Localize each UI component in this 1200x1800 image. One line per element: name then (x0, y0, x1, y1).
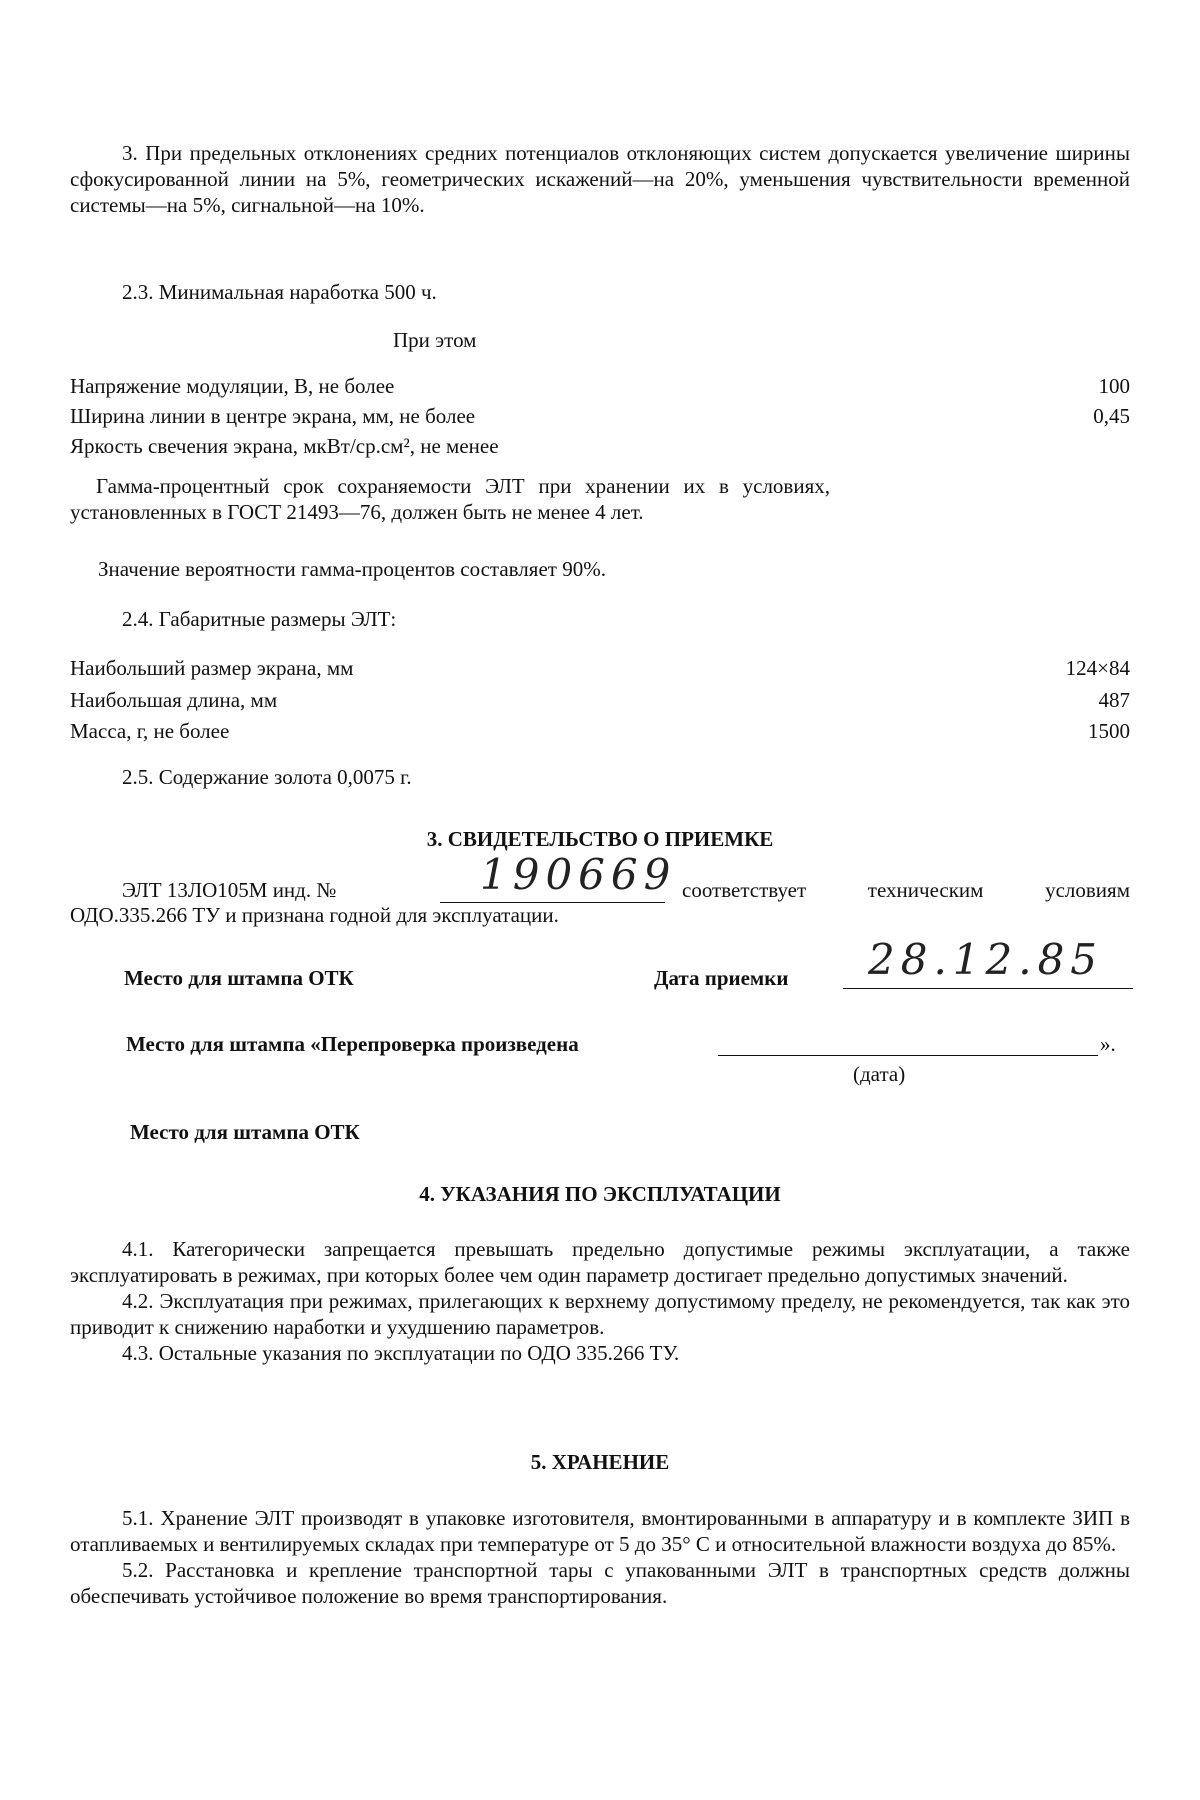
recheck-close-quote: ». (1100, 1032, 1116, 1057)
param-value: 100 (1099, 374, 1131, 399)
section-4-heading: 4. УКАЗАНИЯ ПО ЭКСПЛУАТАЦИИ (0, 1182, 1200, 1207)
dimension-row: Масса, г, не более 1500 (70, 719, 1130, 747)
section-2-5: 2.5. Содержание золота 0,0075 г. (122, 765, 412, 790)
gamma-paragraph: Гамма-процентный срок сохраняемости ЭЛТ … (70, 473, 830, 525)
section-4-body: 4.1. Категорически запрещается превышать… (70, 1236, 1130, 1366)
note-3: 3. При предельных отклонениях средних по… (70, 140, 1130, 218)
acceptance-date-handwritten: 28.12.85 (868, 935, 1103, 984)
section-2-3-title: 2.3. Минимальная наработка 500 ч. (122, 280, 437, 305)
param-label: Напряжение модуляции, В, не более (70, 374, 394, 399)
recheck-date-underline (718, 1055, 1098, 1056)
dimension-row: Наибольшая длина, мм 487 (70, 688, 1130, 716)
param-row: Напряжение модуляции, В, не более 100 (70, 374, 1130, 402)
dimension-value: 487 (1099, 688, 1131, 713)
paragraph-4-1: 4.1. Категорически запрещается превышать… (70, 1236, 1130, 1288)
cert-line1-prefix: ЭЛТ 13ЛО105М инд. № (122, 878, 336, 903)
note-3-text: 3. При предельных отклонениях средних по… (70, 140, 1130, 218)
dimension-label: Масса, г, не более (70, 719, 229, 744)
section-5-heading: 5. ХРАНЕНИЕ (0, 1450, 1200, 1475)
dimension-value: 1500 (1088, 719, 1130, 744)
cert-line1-suffix: соответствует техническим условиям (682, 878, 1130, 903)
recheck-stamp-label: Место для штампа «Перепроверка произведе… (126, 1032, 579, 1057)
dimension-row: Наибольший размер экрана, мм 124×84 (70, 656, 1130, 684)
paragraph-4-3: 4.3. Остальные указания по эксплуатации … (70, 1340, 1130, 1366)
param-value: 0,45 (1093, 404, 1130, 429)
dimension-label: Наибольший размер экрана, мм (70, 656, 353, 681)
serial-number-handwritten: 190669 (480, 850, 676, 899)
section-2-3-subtitle: При этом (393, 328, 476, 353)
dimension-label: Наибольшая длина, мм (70, 688, 277, 713)
acceptance-date-underline (843, 988, 1133, 989)
section-3-heading: 3. СВИДЕТЕЛЬСТВО О ПРИЕМКЕ (0, 827, 1200, 852)
param-row: Ширина линии в центре экрана, мм, не бол… (70, 404, 1130, 432)
stamp-otk-label-2: Место для штампа ОТК (130, 1120, 360, 1145)
param-row: Яркость свечения экрана, мкВт/ср.см², не… (70, 434, 1130, 462)
paragraph-5-1: 5.1. Хранение ЭЛТ производят в упаковке … (70, 1505, 1130, 1557)
paragraph-5-2: 5.2. Расстановка и крепление транспортно… (70, 1557, 1130, 1609)
section-5-body: 5.1. Хранение ЭЛТ производят в упаковке … (70, 1505, 1130, 1609)
probability-text: Значение вероятности гамма-процентов сос… (98, 557, 606, 582)
stamp-otk-label: Место для штампа ОТК (124, 966, 354, 991)
gamma-text: Гамма-процентный срок сохраняемости ЭЛТ … (70, 473, 830, 525)
param-label: Ширина линии в центре экрана, мм, не бол… (70, 404, 475, 429)
date-caption: (дата) (853, 1062, 905, 1087)
section-2-4-title: 2.4. Габаритные размеры ЭЛТ: (122, 607, 396, 632)
paragraph-4-2: 4.2. Эксплуатация при режимах, прилегающ… (70, 1288, 1130, 1340)
cert-line2: ОДО.335.266 ТУ и признана годной для экс… (70, 903, 559, 928)
param-label: Яркость свечения экрана, мкВт/ср.см², не… (70, 434, 499, 459)
dimension-value: 124×84 (1066, 656, 1130, 681)
acceptance-date-label: Дата приемки (654, 966, 788, 991)
